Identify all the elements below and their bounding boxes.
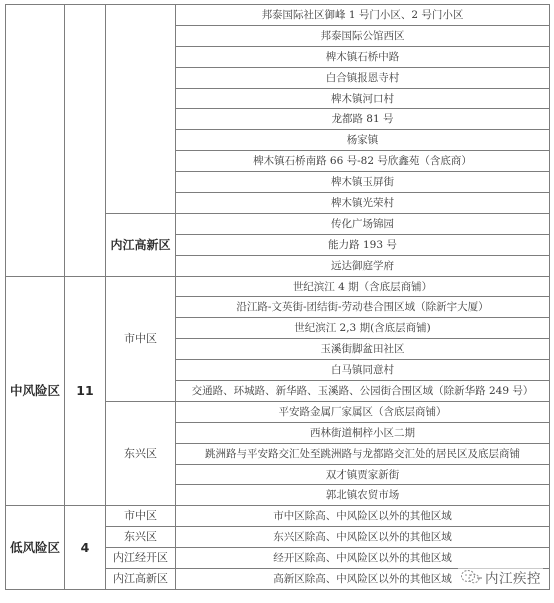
location-cell: 白合镇报恩寺村 [176,67,550,88]
watermark-text: 内江疾控 [485,567,541,587]
table-row: 邦泰国际社区御峰 1 号门小区、2 号门小区 [6,5,550,26]
location-cell: 邦泰国际公馆西区 [176,25,550,46]
watermark: 内江疾控 [458,568,543,586]
risk-level-cell [6,5,65,277]
location-cell: 能力路 193 号 [176,234,550,255]
location-cell: 椑木镇玉屏街 [176,172,550,193]
location-cell: 交通路、环城路、新华路、玉溪路、公园街合围区域（除新华路 249 号） [176,381,550,402]
table-row: 中风险区 11 市中区 世纪滨江 4 期（含底层商铺） [6,276,550,297]
location-cell: 西林街道桐梓小区二期 [176,422,550,443]
location-cell: 平安路金属厂家属区（含底层商铺） [176,401,550,422]
location-cell: 杨家镇 [176,130,550,151]
location-cell: 市中区除高、中风险区以外的其他区域 [176,506,550,527]
location-cell: 玉溪街脚盆田社区 [176,339,550,360]
location-cell: 世纪滨江 4 期（含底层商铺） [176,276,550,297]
location-cell: 椑木镇河口村 [176,88,550,109]
location-cell: 传化广场锦园 [176,213,550,234]
location-cell: 白马镇同意村 [176,360,550,381]
risk-level-cell: 低风险区 [6,506,65,590]
location-cell: 龙都路 81 号 [176,109,550,130]
district-cell: 内江高新区 [106,569,176,590]
table-row: 低风险区 4 市中区 市中区除高、中风险区以外的其他区域 [6,506,550,527]
wechat-icon [460,569,482,585]
risk-count-cell [65,5,106,277]
location-cell: 椑木镇光荣村 [176,193,550,214]
district-cell: 内江高新区 [106,213,176,276]
risk-area-table: 邦泰国际社区御峰 1 号门小区、2 号门小区 邦泰国际公馆西区 椑木镇石桥中路 … [5,4,549,598]
risk-level-cell: 中风险区 [6,276,65,506]
district-cell: 市中区 [106,276,176,401]
risk-count-cell: 4 [65,506,106,590]
location-cell: 椑木镇石桥中路 [176,46,550,67]
location-cell: 远达御庭学府 [176,255,550,276]
district-cell [106,5,176,214]
risk-count-cell: 11 [65,276,106,506]
location-cell: 邦泰国际社区御峰 1 号门小区、2 号门小区 [176,5,550,26]
location-cell: 世纪滨江 2,3 期(含底层商铺) [176,318,550,339]
location-cell: 跳洲路与平安路交汇处至跳洲路与龙都路交汇处的居民区及底层商铺 [176,443,550,464]
location-cell: 经开区除高、中风险区以外的其他区域 [176,548,550,569]
district-cell: 东兴区 [106,401,176,505]
district-cell: 市中区 [106,506,176,527]
location-cell: 双才镇贾家新街 [176,464,550,485]
district-cell: 内江经开区 [106,548,176,569]
location-cell: 东兴区除高、中风险区以外的其他区域 [176,527,550,548]
location-cell: 沿江路-文英街-团结街-劳动巷合围区域（除新宇大厦） [176,297,550,318]
location-cell: 郭北镇农贸市场 [176,485,550,506]
location-cell: 椑木镇石桥南路 66 号-82 号欣鑫苑（含底商） [176,151,550,172]
district-cell: 东兴区 [106,527,176,548]
